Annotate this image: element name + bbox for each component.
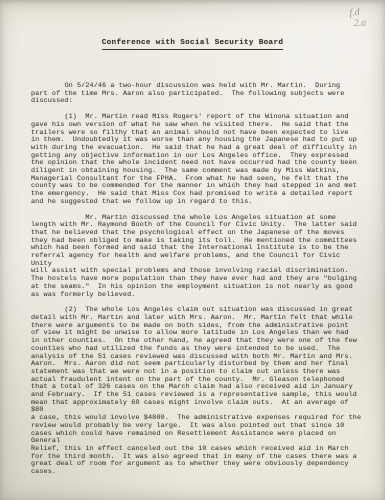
annotation-line-2: 2.a bbox=[353, 17, 366, 29]
scanned-document-page: f.d 2.a Conference with Social Security … bbox=[0, 0, 385, 500]
document-body: On 5/24/46 a two-hour discussion was hel… bbox=[31, 83, 363, 485]
handwritten-pencil-annotation: f.d 2.a bbox=[348, 6, 366, 29]
paragraph-intro: On 5/24/46 a two-hour discussion was hel… bbox=[31, 83, 363, 106]
paragraph-item-2-claim-out: (2) The whole Los Angeles claim out situ… bbox=[31, 307, 363, 476]
document-title: Conference with Social Security Board bbox=[0, 39, 385, 50]
paragraph-item-1-winona: (1) Mr. Martin read Miss Rogers' report … bbox=[31, 114, 363, 206]
document-title-text: Conference with Social Security Board bbox=[102, 39, 284, 50]
paragraph-martin-booth: Mr. Martin discussed the whole Los Angel… bbox=[31, 215, 363, 300]
